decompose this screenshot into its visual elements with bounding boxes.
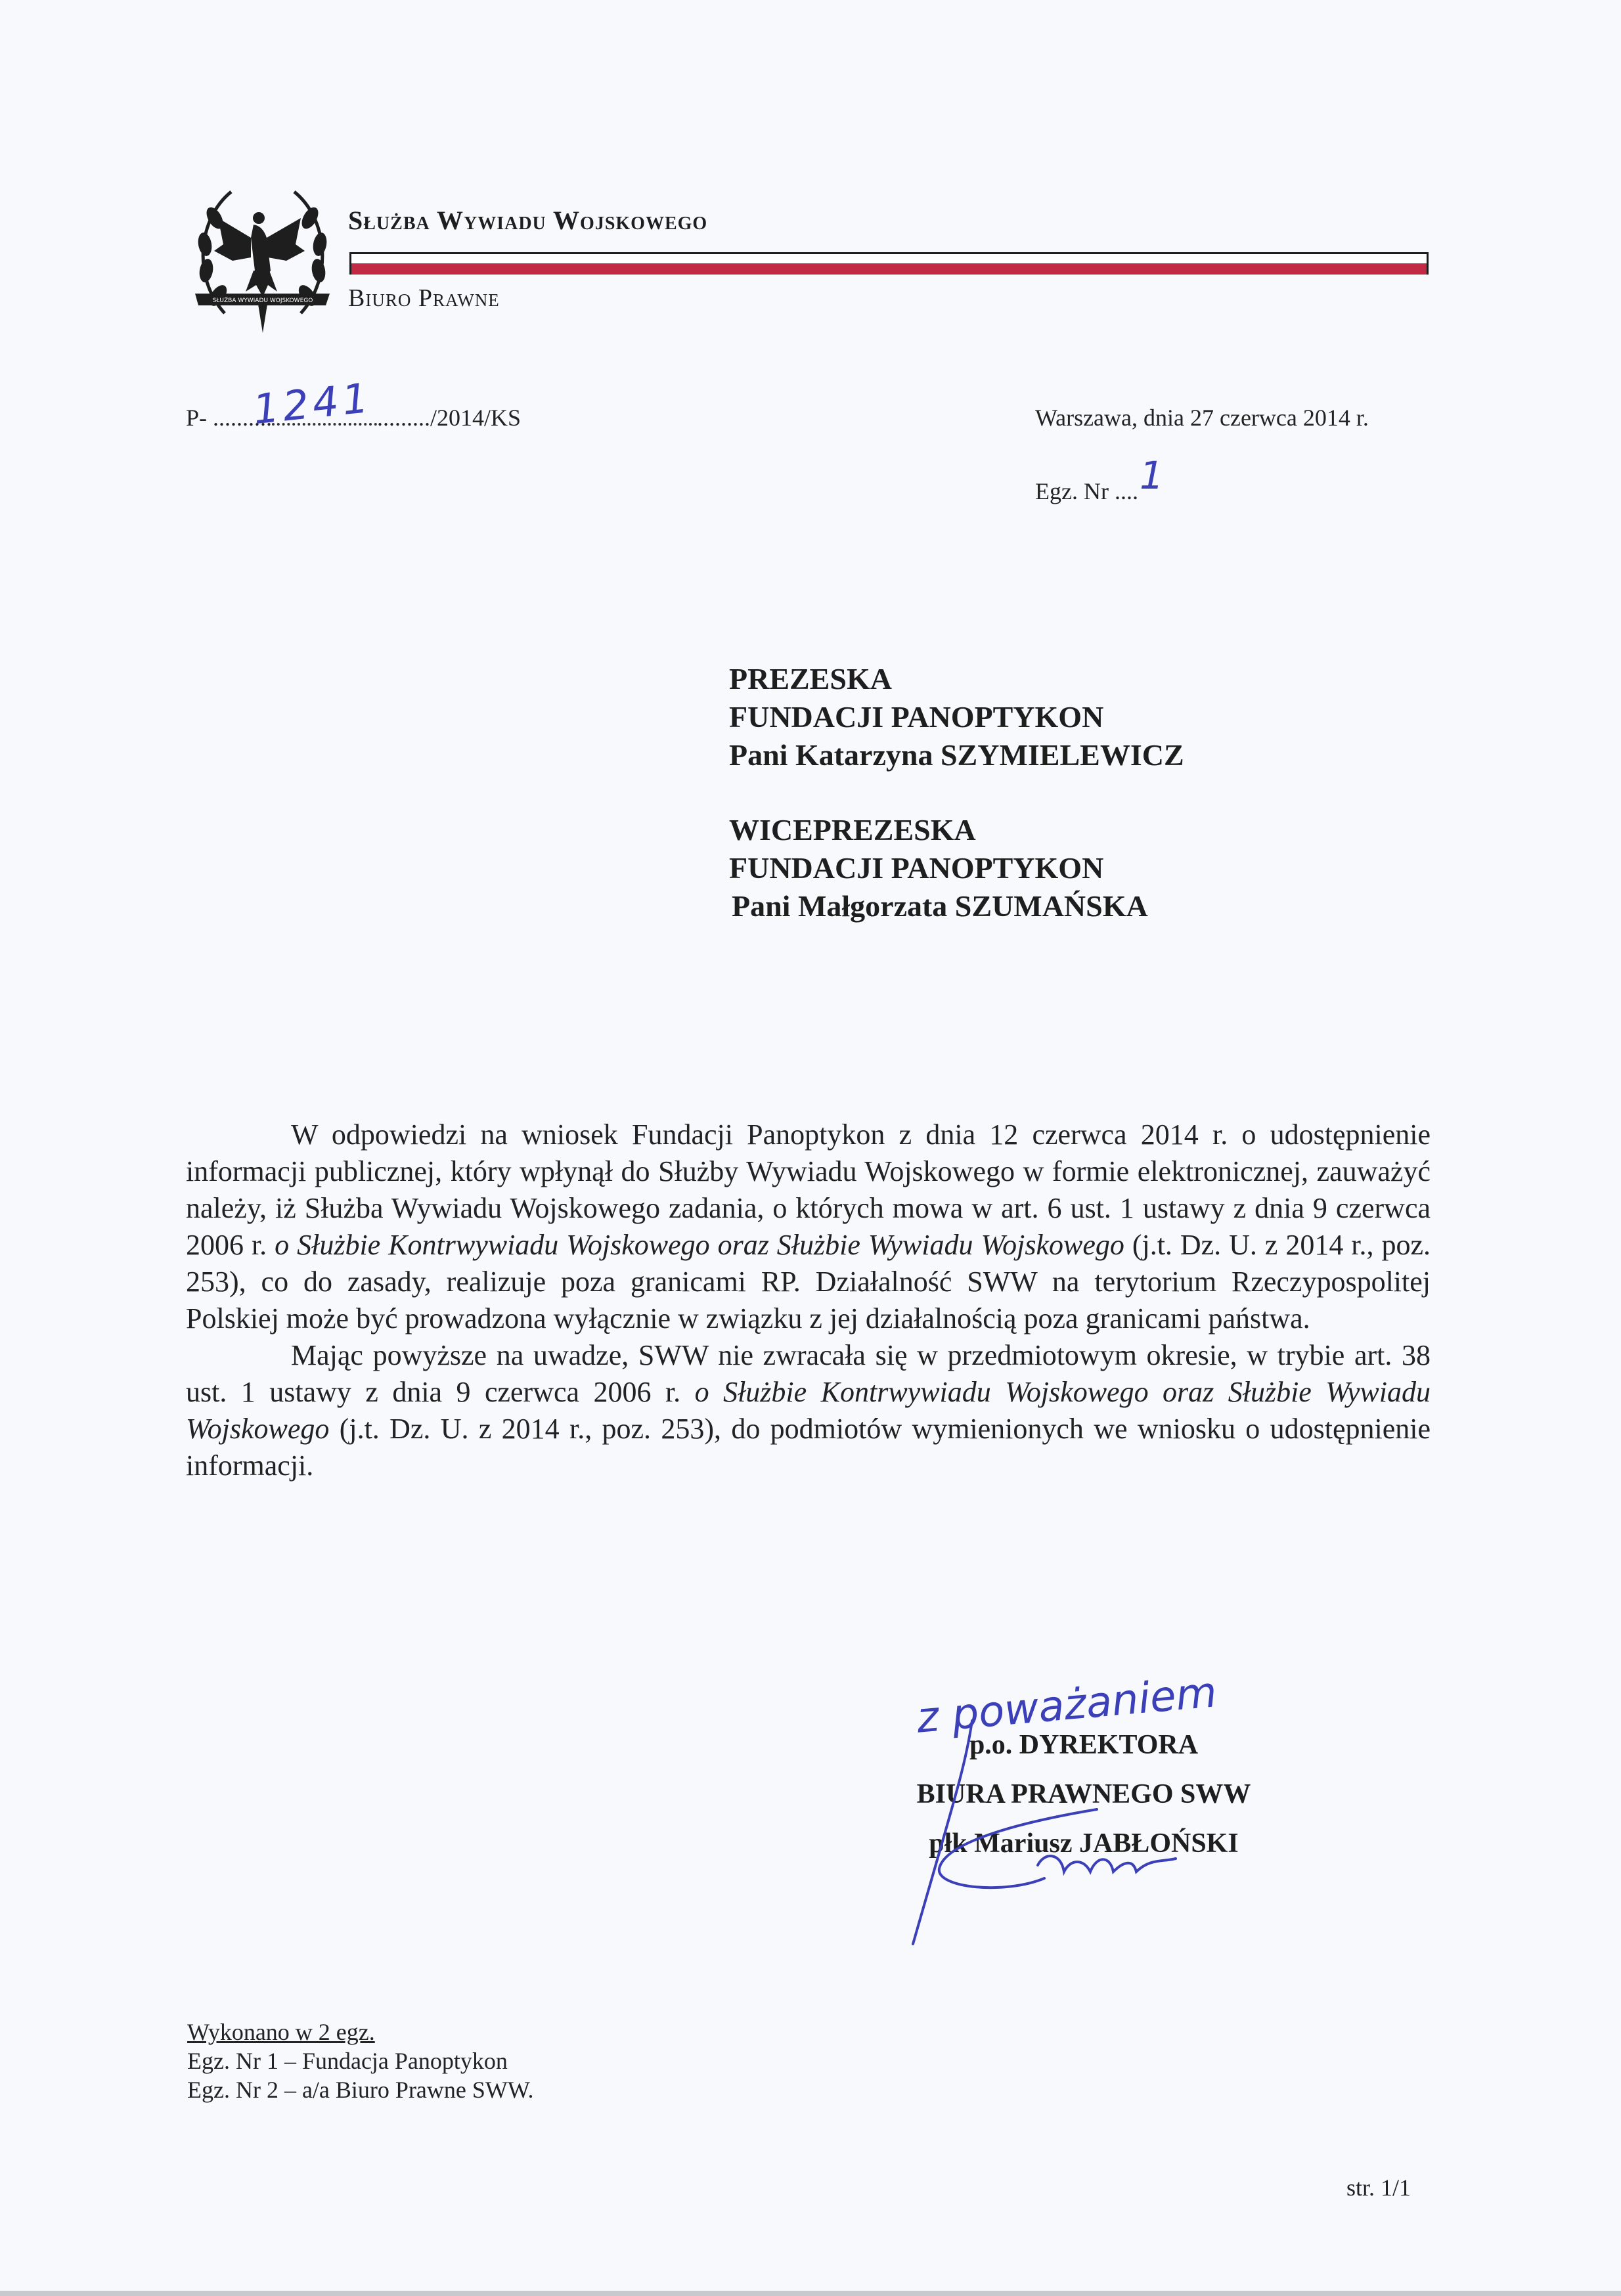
organization-unit: Biuro Prawne: [348, 284, 500, 313]
page-number: str. 1/1: [1346, 2174, 1411, 2201]
distribution-list: Wykonano w 2 egz. Egz. Nr 1 – Fundacja P…: [187, 2018, 534, 2104]
addressee-name: Pani Katarzyna SZYMIELEWICZ: [729, 736, 1184, 774]
addressee-title: PREZESKA: [729, 660, 1184, 698]
eagle-wreath-emblem-icon: SŁUŻBA WYWIADU WOJSKOWEGO: [185, 179, 340, 336]
letter-body: W odpowiedzi na wniosek Fundacji Panopty…: [186, 1116, 1431, 1484]
act-title: o Służbie Kontrwywiadu Wojskowego oraz S…: [275, 1229, 1124, 1261]
svg-text:SŁUŻBA WYWIADU WOJSKOWEGO: SŁUŻBA WYWIADU WOJSKOWEGO: [213, 297, 313, 304]
addressee-organization: FUNDACJI PANOPTYKON: [729, 698, 1184, 736]
place-and-date: Warszawa, dnia 27 czerwca 2014 r.: [1035, 404, 1369, 431]
addressee-title: WICEPREZESKA: [729, 811, 1148, 849]
reference-dots-right: .........: [377, 405, 430, 431]
body-paragraph-2: Mając powyższe na uwadze, SWW nie zwraca…: [186, 1337, 1431, 1484]
copies-made: Wykonano w 2 egz.: [187, 2018, 534, 2046]
organization-name: Służba Wywiadu Wojskowego: [348, 205, 707, 236]
body-paragraph-1: W odpowiedzi na wniosek Fundacji Panopty…: [186, 1116, 1431, 1337]
handwritten-copy-number: 1: [1140, 453, 1164, 498]
copy-number-label: Egz. Nr ....: [1035, 477, 1138, 505]
national-colors-stripe: [349, 252, 1429, 275]
addressee-2: WICEPREZESKA FUNDACJI PANOPTYKON Pani Ma…: [729, 811, 1148, 925]
copy-1-recipient: Egz. Nr 1 – Fundacja Panoptykon: [187, 2046, 534, 2075]
scan-edge: [0, 2291, 1621, 2296]
addressee-name: Pani Małgorzata SZUMAŃSKA: [729, 887, 1148, 925]
handwritten-signature-icon: [874, 1662, 1333, 1957]
addressee-organization: FUNDACJI PANOPTYKON: [729, 849, 1148, 887]
reference-suffix: /2014/KS: [430, 405, 521, 431]
copy-2-recipient: Egz. Nr 2 – a/a Biuro Prawne SWW.: [187, 2075, 534, 2104]
reference-prefix: P-: [186, 405, 213, 431]
addressee-1: PREZESKA FUNDACJI PANOPTYKON Pani Katarz…: [729, 660, 1184, 774]
